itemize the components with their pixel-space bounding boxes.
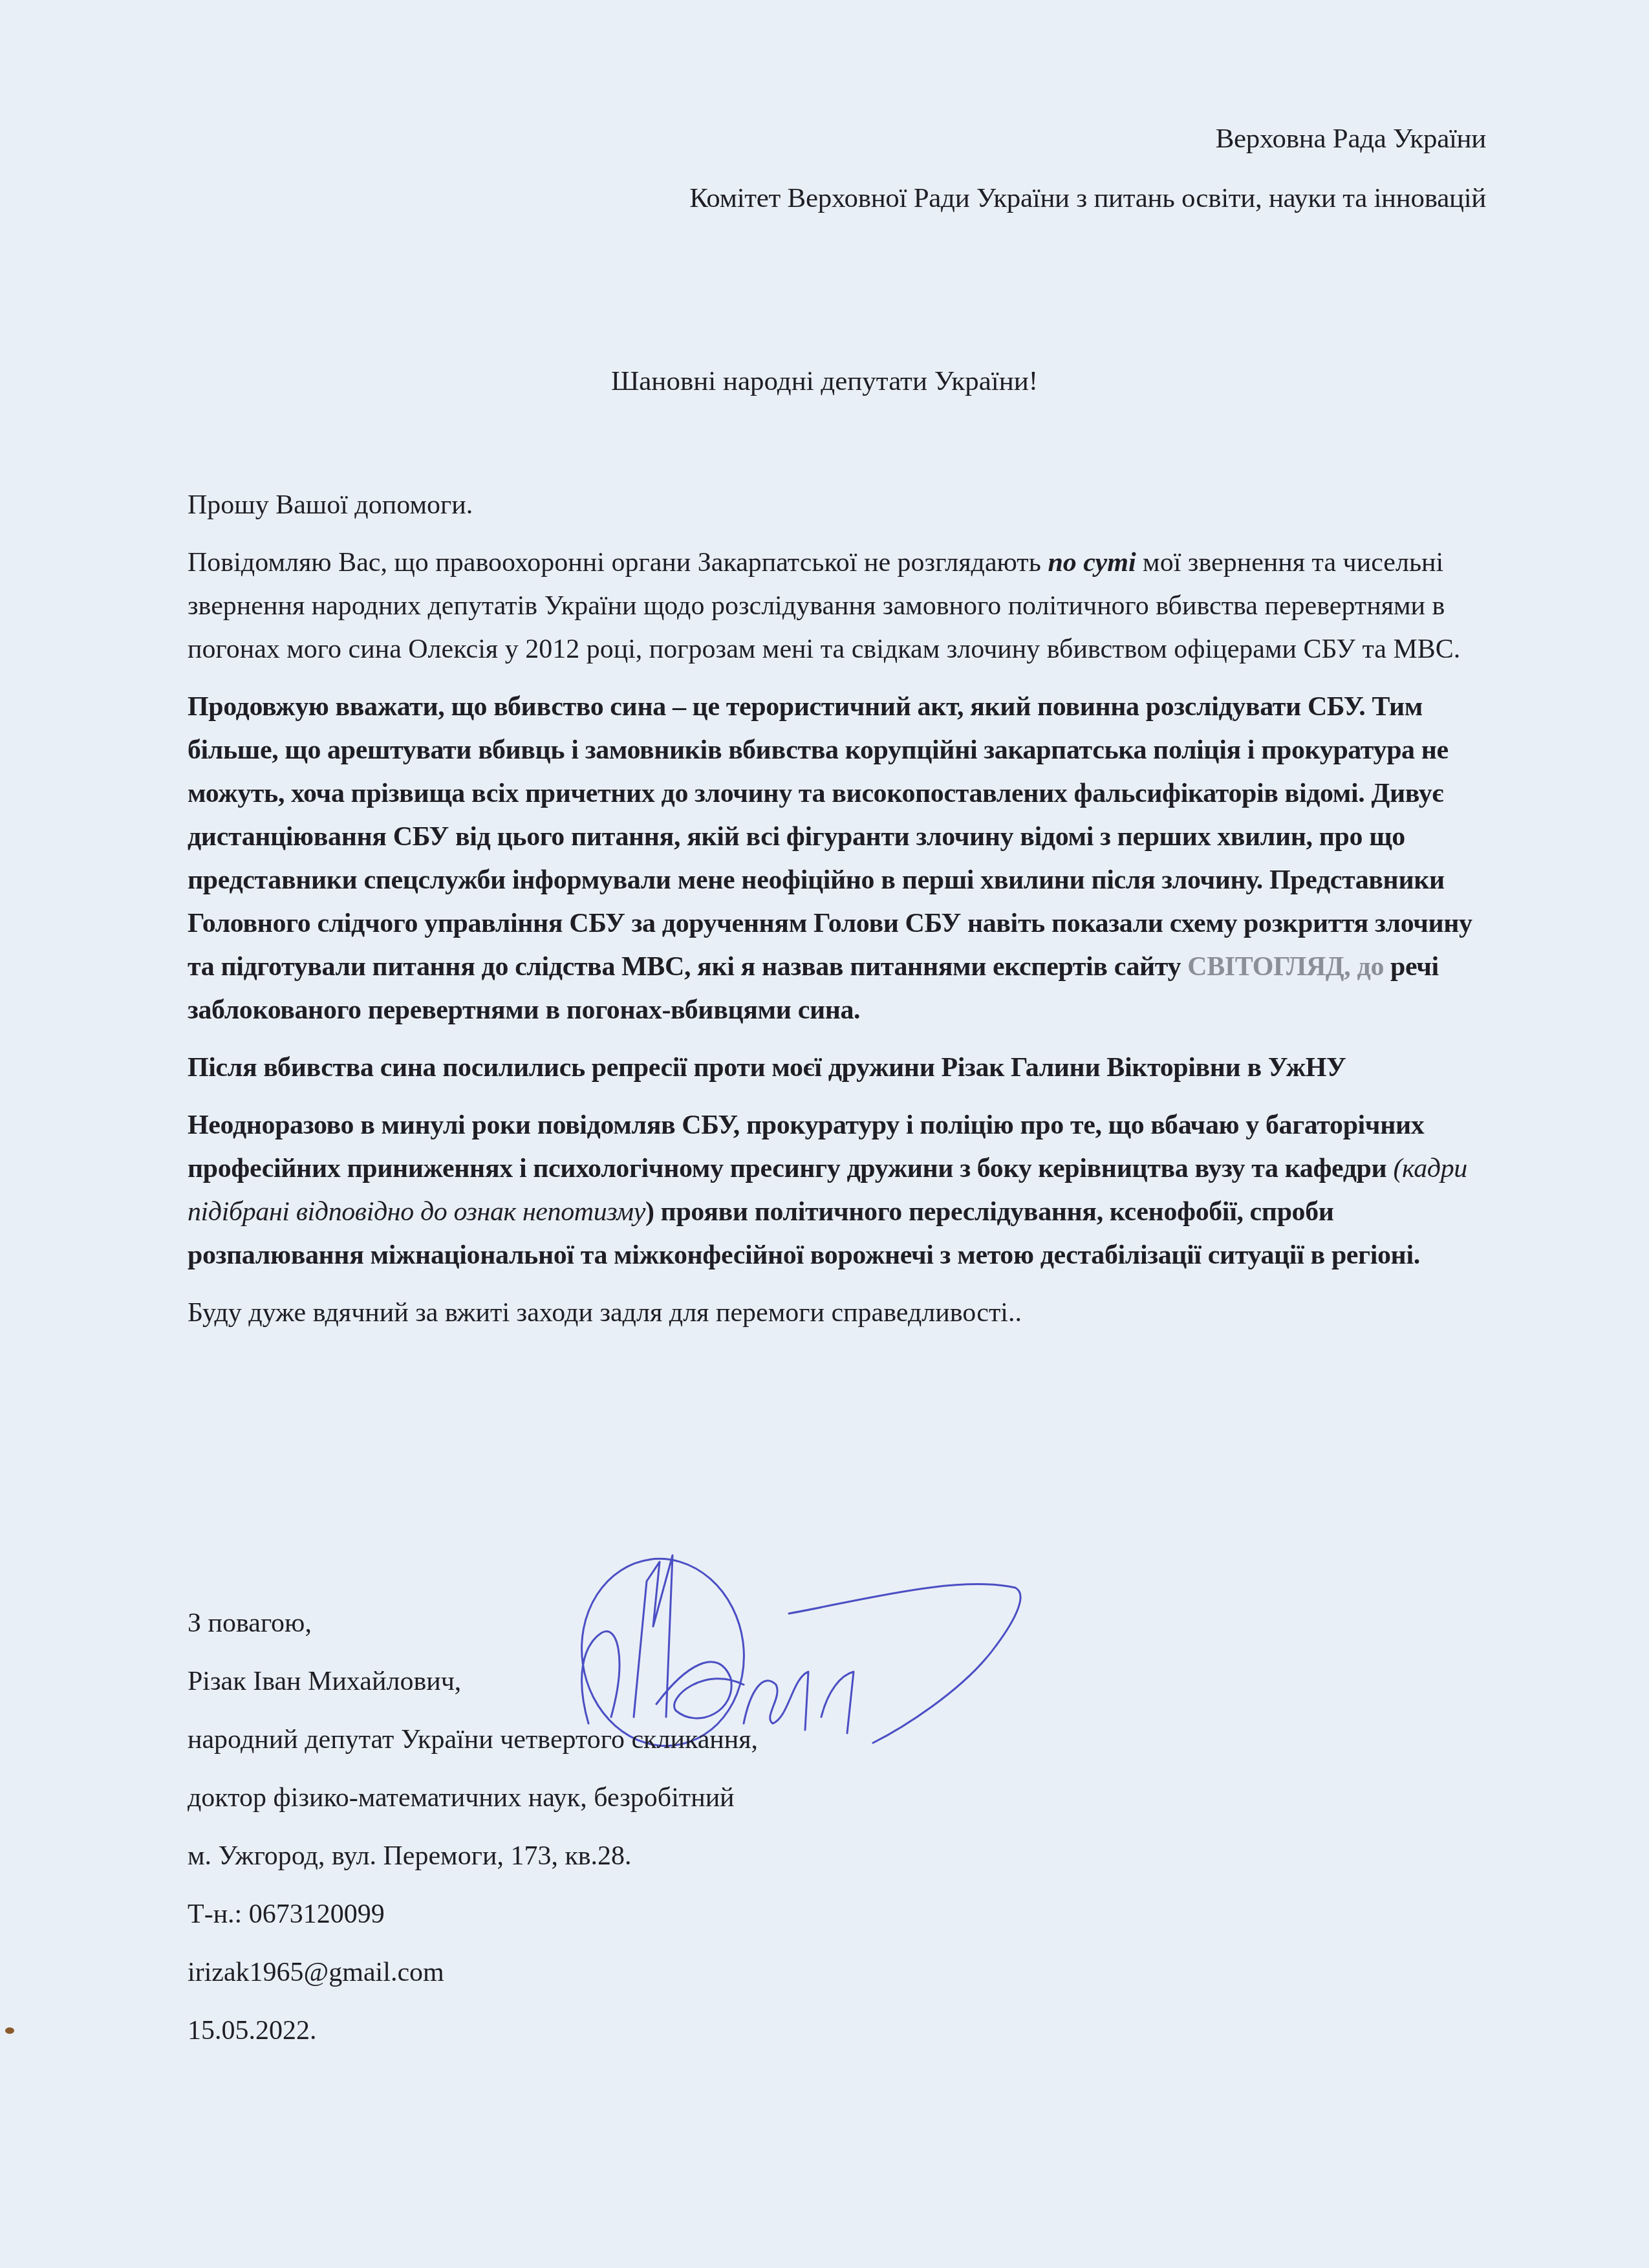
recipient-line-1: Верховна Рада України — [1216, 123, 1486, 155]
notice-emphasis: по суті — [1048, 548, 1136, 578]
terrorism-text: Продовжую вважати, що вбивство сина – це… — [188, 692, 1472, 982]
faded-site-name: СВІТОГЛЯД, до — [1187, 952, 1384, 982]
notice-text-before: Повідомляю Вас, що правоохоронні органи … — [188, 548, 1048, 578]
paper-speck — [5, 2027, 14, 2034]
sender-email: irizak1965@gmail.com — [188, 1943, 758, 2002]
sender-title: народний депутат України четвертого скли… — [188, 1711, 758, 1769]
persecution-text-before: Неодноразово в минулі роки повідомляв СБ… — [188, 1110, 1424, 1183]
persecution-close-paren: ) — [645, 1197, 654, 1227]
closing-regards: З повагою, — [188, 1594, 758, 1652]
paragraph-repressions: Після вбивства сина посилились репресії … — [188, 1046, 1494, 1090]
sender-degree: доктор фізико-математичних наук, безробі… — [188, 1769, 758, 1827]
sender-name: Різак Іван Михайлович, — [188, 1652, 758, 1711]
paragraph-request: Прошу Вашої допомоги. — [188, 484, 1494, 527]
recipient-line-2: Комітет Верховної Ради України з питань … — [689, 182, 1486, 214]
paragraph-terrorism: Продовжую вважати, що вбивство сина – це… — [188, 686, 1494, 1032]
letter-body: Прошу Вашої допомоги. Повідомляю Вас, що… — [188, 484, 1494, 1349]
closing-block: З повагою, Різак Іван Михайлович, народн… — [188, 1594, 758, 2060]
paragraph-persecution: Неодноразово в минулі роки повідомляв СБ… — [188, 1104, 1494, 1277]
paragraph-gratitude: Буду дуже вдячний за вжиті заходи задля … — [188, 1291, 1494, 1335]
letter-date: 15.05.2022. — [188, 2002, 758, 2060]
letter-page: Верховна Рада України Комітет Верховної … — [0, 0, 1649, 2268]
paragraph-notice: Повідомляю Вас, що правоохоронні органи … — [188, 541, 1494, 671]
sender-phone: Т-н.: 0673120099 — [188, 1885, 758, 1943]
sender-address: м. Ужгород, вул. Перемоги, 173, кв.28. — [188, 1827, 758, 1885]
greeting: Шановні народні депутати України! — [0, 365, 1649, 397]
